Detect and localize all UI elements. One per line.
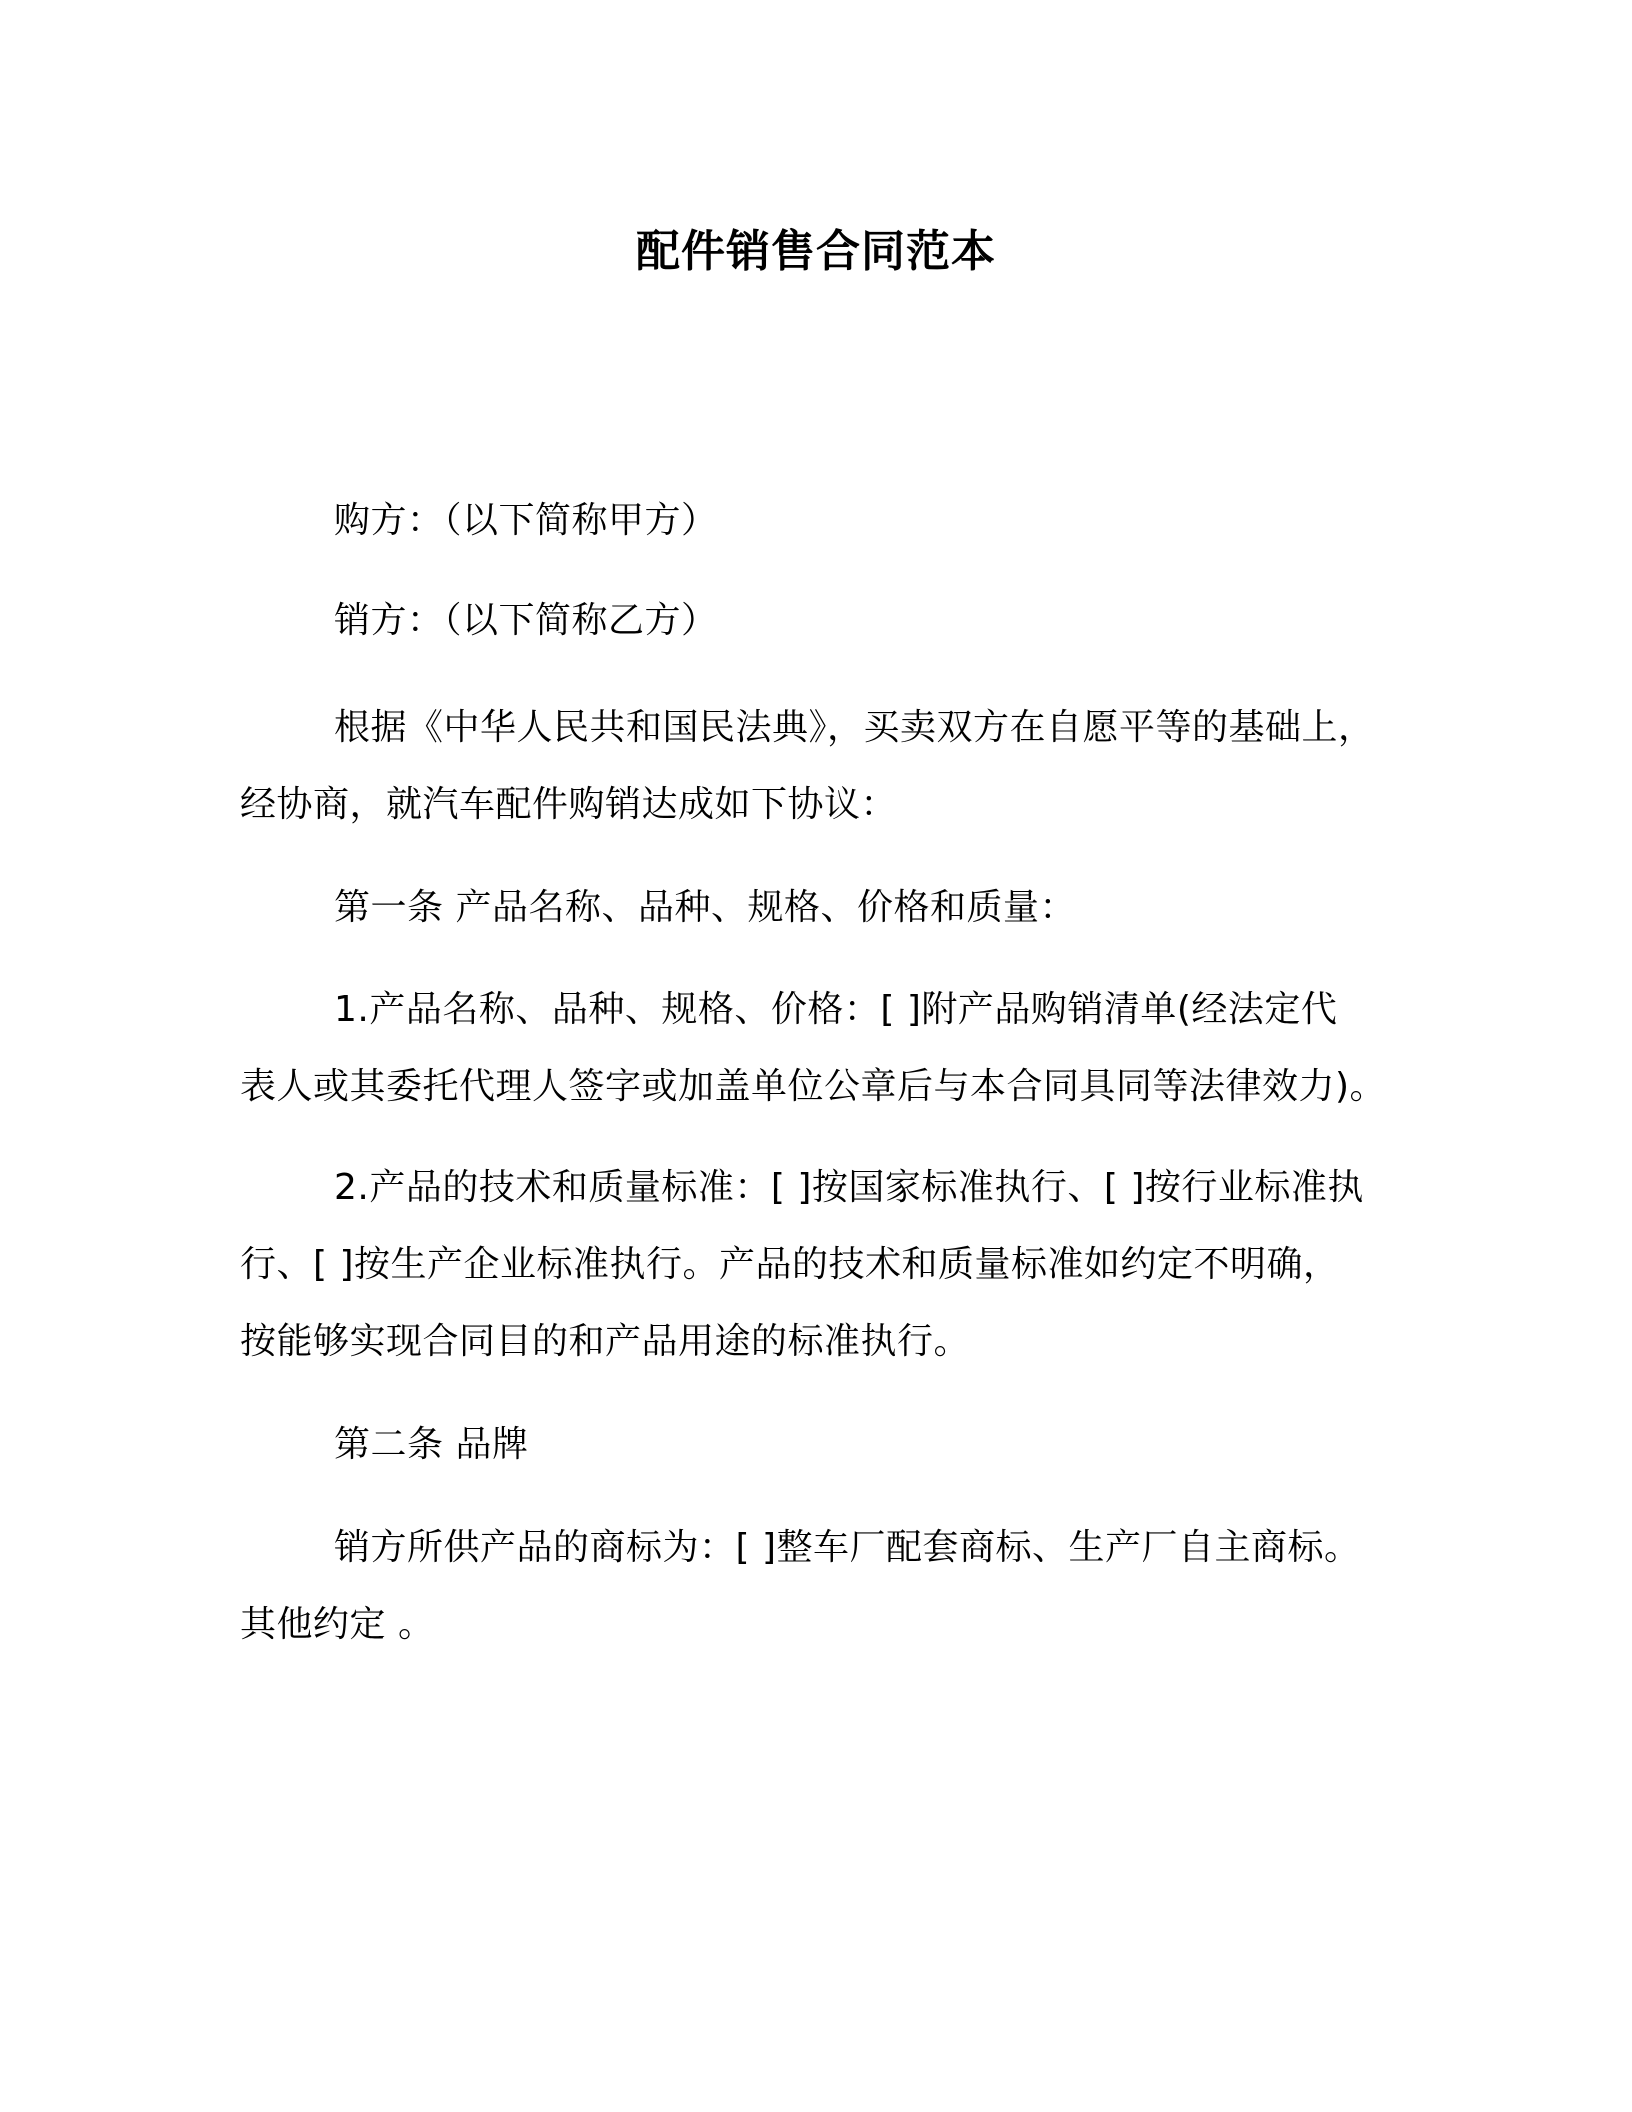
buyer-paragraph: 购方：（以下简称甲方） — [240, 482, 1400, 559]
article-2-body-line-2: 其他约定 。 — [240, 1586, 1400, 1663]
article-1-heading-line: 第一条 产品名称、品种、规格、价格和质量： — [240, 869, 1400, 946]
article-2-heading-line: 第二条 品牌 — [240, 1406, 1400, 1483]
article-1-item-1: 1.产品名称、品种、规格、价格：[ ]附产品购销清单(经法定代 表人或其委托代理… — [240, 971, 1400, 1125]
article-2-heading: 第二条 品牌 — [240, 1406, 1400, 1483]
article-1-heading: 第一条 产品名称、品种、规格、价格和质量： — [240, 869, 1400, 946]
item-2-line-1: 2.产品的技术和质量标准：[ ]按国家标准执行、[ ]按行业标准执 — [240, 1149, 1400, 1226]
document-page: 配件销售合同范本 购方：（以下简称甲方） 销方：（以下简称乙方） 根据《中华人民… — [0, 0, 1632, 2112]
item-1-line-1: 1.产品名称、品种、规格、价格：[ ]附产品购销清单(经法定代 — [240, 971, 1400, 1048]
document-title: 配件销售合同范本 — [0, 222, 1632, 282]
item-1-line-2: 表人或其委托代理人签字或加盖单位公章后与本合同具同等法律效力)。 — [240, 1048, 1400, 1125]
preamble-line-1: 根据《中华人民共和国民法典》，买卖双方在自愿平等的基础上， — [240, 689, 1400, 766]
seller-line: 销方：（以下简称乙方） — [240, 582, 1400, 659]
preamble-paragraph: 根据《中华人民共和国民法典》，买卖双方在自愿平等的基础上， 经协商，就汽车配件购… — [240, 689, 1400, 843]
preamble-line-2: 经协商，就汽车配件购销达成如下协议： — [240, 766, 1400, 843]
item-2-line-3: 按能够实现合同目的和产品用途的标准执行。 — [240, 1303, 1400, 1380]
article-2-body-line-1: 销方所供产品的商标为：[ ]整车厂配套商标、生产厂自主商标。 — [240, 1509, 1400, 1586]
buyer-line: 购方：（以下简称甲方） — [240, 482, 1400, 559]
article-1-item-2: 2.产品的技术和质量标准：[ ]按国家标准执行、[ ]按行业标准执 行、[ ]按… — [240, 1149, 1400, 1380]
item-2-line-2: 行、[ ]按生产企业标准执行。产品的技术和质量标准如约定不明确， — [240, 1226, 1400, 1303]
article-2-body: 销方所供产品的商标为：[ ]整车厂配套商标、生产厂自主商标。 其他约定 。 — [240, 1509, 1400, 1663]
seller-paragraph: 销方：（以下简称乙方） — [240, 582, 1400, 659]
